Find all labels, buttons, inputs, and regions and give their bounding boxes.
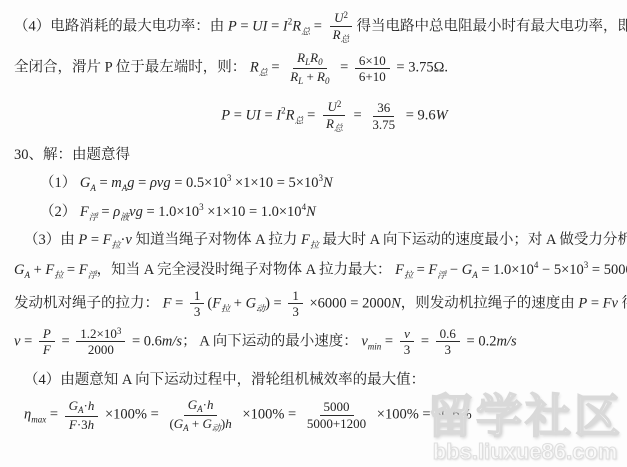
math-txt: ×1×10 = 1.0×10 [204,204,302,220]
math-var: P [578,295,587,311]
math-txt: = 0.5×10 [171,175,227,191]
numerator: P [39,326,55,343]
math-var: F [395,262,404,278]
math-txt: + [230,295,245,311]
denominator: (GA + G动)h [165,416,235,434]
math-txt: （4）电路消耗的最大电功率：由 [14,19,228,35]
math-var: g [127,175,134,191]
math-sub: 总 [334,123,343,133]
math-var: P [221,108,230,124]
denominator: R总 [329,27,354,45]
numerator: 36 [373,100,394,117]
fraction: GA·hF·3h [65,398,99,432]
math-var: h [225,416,232,431]
math-var: vg [129,204,143,220]
math-var: U [334,10,343,25]
math-var: m [111,175,121,191]
math-txt: ) = [265,295,285,311]
line-q4-rtotal: 全闭合，滑片 P 位于最左端时，则： R总 = RLR0RL + R0 = 6×… [14,50,615,87]
math-txt: 2000 [88,342,114,357]
line-30-3d: v = PF = 1.2×1032000 = 0.6m/s； A 向下运动的最小… [14,326,615,358]
fraction: GA·h(GA + G动)h [165,397,235,434]
denominator: RL + R0 [286,69,333,87]
math-var: UI [252,19,267,35]
math-txt: + [30,262,45,278]
math-txt: （3）由 [24,232,78,248]
math-var: P [43,326,51,341]
math-var: R [326,116,334,131]
math-txt: 3 [194,304,201,319]
math-txt: 知道当绳子对物体 A 拉力 [132,232,301,248]
math-var: v [404,326,410,341]
numerator: GA·h [65,398,99,417]
math-var: Fv [603,295,618,311]
math-txt: 3.75 [372,117,395,132]
fraction: 50005000+1200 [303,399,370,431]
math-txt: 3 [292,304,299,319]
line-q4-power: P = UI = I2R总 = U2R总 = 363.75 = 9.6W [14,99,615,133]
math-txt: = [417,333,432,349]
math-var: G [203,416,212,431]
math-var: F [428,262,437,278]
fraction: U2R总 [329,10,354,44]
math-var: N [391,295,401,311]
math-sub: 总 [259,68,268,78]
numerator: 0.6 [436,326,460,343]
math-txt: = [381,333,396,349]
line-30-3c: 发动机对绳子的拉力： F = 13(F拉 + G动) = 13 ×6000 = … [14,288,615,320]
math-var: G [14,262,24,278]
numerator: U2 [330,10,352,27]
math-txt: ×100% = [101,407,162,423]
math-txt: 36 [377,100,390,115]
math-txt: ·3 [77,417,88,432]
math-var: R [333,27,341,42]
math-txt: = [587,295,602,311]
math-var: h [88,417,95,432]
math-txt: = [171,295,186,311]
numerator: 1.2×103 [76,326,125,343]
numerator: v [400,326,414,343]
document-page: （4）电路消耗的最大电功率：由 P = UI = I2R总 = U2R总得当电路… [0,0,627,467]
math-var: P [228,19,237,35]
math-var: F [69,417,77,432]
math-txt: = [267,19,282,35]
math-txt: 5000+1200 [307,416,366,431]
math-txt: − 5×10 [538,262,583,278]
math-var: F [103,232,112,248]
math-txt: ，则发动机拉绳子的速度由 [401,295,579,311]
math-txt: ，知当 A 完全浸没时绳子对物体 A 拉力最大： [97,262,395,278]
math-txt: − [446,262,461,278]
math-txt: = [230,108,245,124]
line-30-3: （3）由 P = F拉·v 知道当绳子对物体 A 拉力 F拉 最大时 A 向下运… [14,230,615,252]
math-txt: = 0.2 [463,333,497,349]
math-txt: 0.6 [440,326,456,341]
math-txt: = [96,175,111,191]
math-var: R [292,19,301,35]
denominator: 3.75 [368,117,399,133]
math-sup: 3 [117,326,122,336]
math-txt: 6+10 [359,69,386,84]
math-txt: = 1.0×10 [143,204,199,220]
math-txt: = 3.75Ω. [393,60,448,76]
math-sub: max [31,415,46,425]
math-var: F [80,204,89,220]
math-sub: 液 [120,212,129,222]
math-var: N [323,175,333,191]
fraction: 1.2×1032000 [76,326,125,358]
math-sub: 浮 [88,270,97,280]
line-30-2: （2） F浮 = ρ液vg = 1.0×103 ×1×10 = 1.0×104N [14,201,615,224]
math-txt: = [58,333,73,349]
math-sub: 拉 [54,270,63,280]
denominator: 2000 [84,342,118,358]
denominator: 3 [190,304,205,320]
math-var: F [301,232,310,248]
fraction: 13 [288,288,303,320]
fraction: U2R总 [322,99,347,133]
math-var: U [327,99,336,114]
math-txt: = [135,175,150,191]
denominator: 6+10 [355,69,390,85]
math-txt: 最大时 A 向下运动的速度最小；对 A 做受力分析可得 [319,232,627,248]
numerator: 6×10 [355,53,390,70]
math-var: R [310,50,318,65]
line-30-4b: ηmax = GA·hF·3h ×100% = GA·h(GA + G动)h ×… [14,397,615,434]
math-var: G [462,262,472,278]
fraction: 0.63 [436,326,460,358]
math-txt: = [268,60,283,76]
math-txt: = [98,204,113,220]
math-var: R [297,50,305,65]
numerator: GA·h [184,397,218,416]
math-txt: 1.2×10 [80,326,117,341]
line-30-header: 30、解：由题意得 [14,145,615,166]
math-var: R [250,60,259,76]
math-txt: （2） [40,204,80,220]
fraction: v3 [400,326,415,358]
math-var: F [45,262,54,278]
math-sub: 浮 [89,212,98,222]
math-sub: 总 [301,27,310,37]
math-txt: ×6000 = 2000 [306,295,391,311]
math-var: F [43,342,51,357]
math-var: m/s [162,333,182,349]
fraction: 13 [190,288,205,320]
denominator: 5000+1200 [303,416,370,432]
math-var: ρvg [150,175,171,191]
math-txt: = 0.6 [128,333,162,349]
denominator: F [39,342,55,358]
math-txt: 1 [292,288,299,303]
math-txt: = [336,60,351,76]
math-sub: 0 [318,57,323,67]
math-var: F [79,262,88,278]
math-txt: = [46,407,61,423]
numerator: RLR0 [293,50,326,69]
math-txt: = [304,108,319,124]
math-var: W [436,108,448,124]
math-txt: 3 [404,342,411,357]
math-txt: = [310,19,325,35]
math-txt: 得： [618,295,627,311]
math-txt: = [63,262,78,278]
denominator: R总 [322,116,347,134]
denominator: 3 [400,342,415,358]
math-var: F [212,295,221,311]
math-txt: + [303,69,317,84]
math-var: R [317,69,325,84]
math-txt: = [87,232,102,248]
math-txt: 3 [445,342,452,357]
math-sub: 0 [325,76,330,86]
line-30-3b: GA + F拉 = F浮，知当 A 完全浸没时绳子对物体 A 拉力最大： F拉 … [14,259,615,282]
numerator: U2 [323,99,345,116]
math-txt: 30、解：由题意得 [14,147,130,163]
denominator: 3 [441,342,456,358]
denominator: 3 [288,304,303,320]
math-var: UI [246,108,261,124]
math-sub: 动 [256,303,265,313]
line-q4-intro: （4）电路消耗的最大电功率：由 P = UI = I2R总 = U2R总得当电路… [14,10,615,44]
math-var: G [174,416,183,431]
math-sub: 总 [294,116,303,126]
denominator: F·3h [65,417,98,433]
math-sub: 浮 [437,270,446,280]
math-txt: = 9.6 [402,108,436,124]
math-txt: + [189,416,203,431]
math-var: h [207,397,214,412]
math-txt: 得当电路中总电阻最小时有最大电功率，即开关 [357,19,627,35]
numerator: 1 [288,288,303,305]
math-sup: 2 [337,99,342,109]
math-sub: 拉 [310,240,319,250]
math-var: G [80,175,90,191]
math-txt: = 5000 [588,262,627,278]
fraction: 6×106+10 [355,53,390,85]
math-sub: min [368,341,382,351]
math-txt: = [237,19,252,35]
math-var: N [306,204,316,220]
math-var: R [290,69,298,84]
math-var: h [88,398,95,413]
line-30-4: （4）由题意知 A 向下运动过程中，滑轮组机械效率的最大值： [14,370,615,391]
math-var: m/s [496,333,516,349]
fraction: 363.75 [368,100,399,132]
math-txt: = [350,108,365,124]
fraction: RLR0RL + R0 [286,50,333,87]
math-sup: 2 [344,10,349,20]
document-lines: （4）电路消耗的最大电功率：由 P = UI = I2R总 = U2R总得当电路… [14,10,615,434]
math-var: G [69,398,78,413]
math-txt: ×100% = 80.6% [373,407,472,423]
math-txt: 发动机对绳子的拉力： [14,295,163,311]
fraction: PF [39,326,55,358]
numerator: 1 [190,288,205,305]
math-txt: （4）由题意知 A 向下运动过程中，滑轮组机械效率的最大值： [24,372,425,388]
math-sub: 拉 [112,240,121,250]
math-txt: （1） [40,175,80,191]
math-txt: = 1.0×10 [478,262,534,278]
math-sub: 总 [341,34,350,44]
math-txt: 全闭合，滑片 P 位于最左端时，则： [14,60,250,76]
math-txt: = [261,108,276,124]
math-txt: ×1×10 = 5×10 [231,175,318,191]
math-txt: = [20,333,35,349]
math-sub: 拉 [221,303,230,313]
math-sub: 动 [212,423,221,433]
line-30-1: （1） GA = mAg = ρvg = 0.5×103 ×1×10 = 5×1… [14,172,615,195]
math-txt: 1 [194,288,201,303]
math-txt: = [413,262,428,278]
math-txt: 6×10 [359,53,386,68]
math-var: G [188,397,197,412]
math-txt: ×100% = [239,407,300,423]
math-txt: ； A 向下运动的最小速度： [182,333,361,349]
math-var: G [246,295,256,311]
math-sub: 拉 [404,270,413,280]
math-var: P [78,232,87,248]
math-txt: 5000 [324,399,350,414]
numerator: 5000 [320,399,354,416]
